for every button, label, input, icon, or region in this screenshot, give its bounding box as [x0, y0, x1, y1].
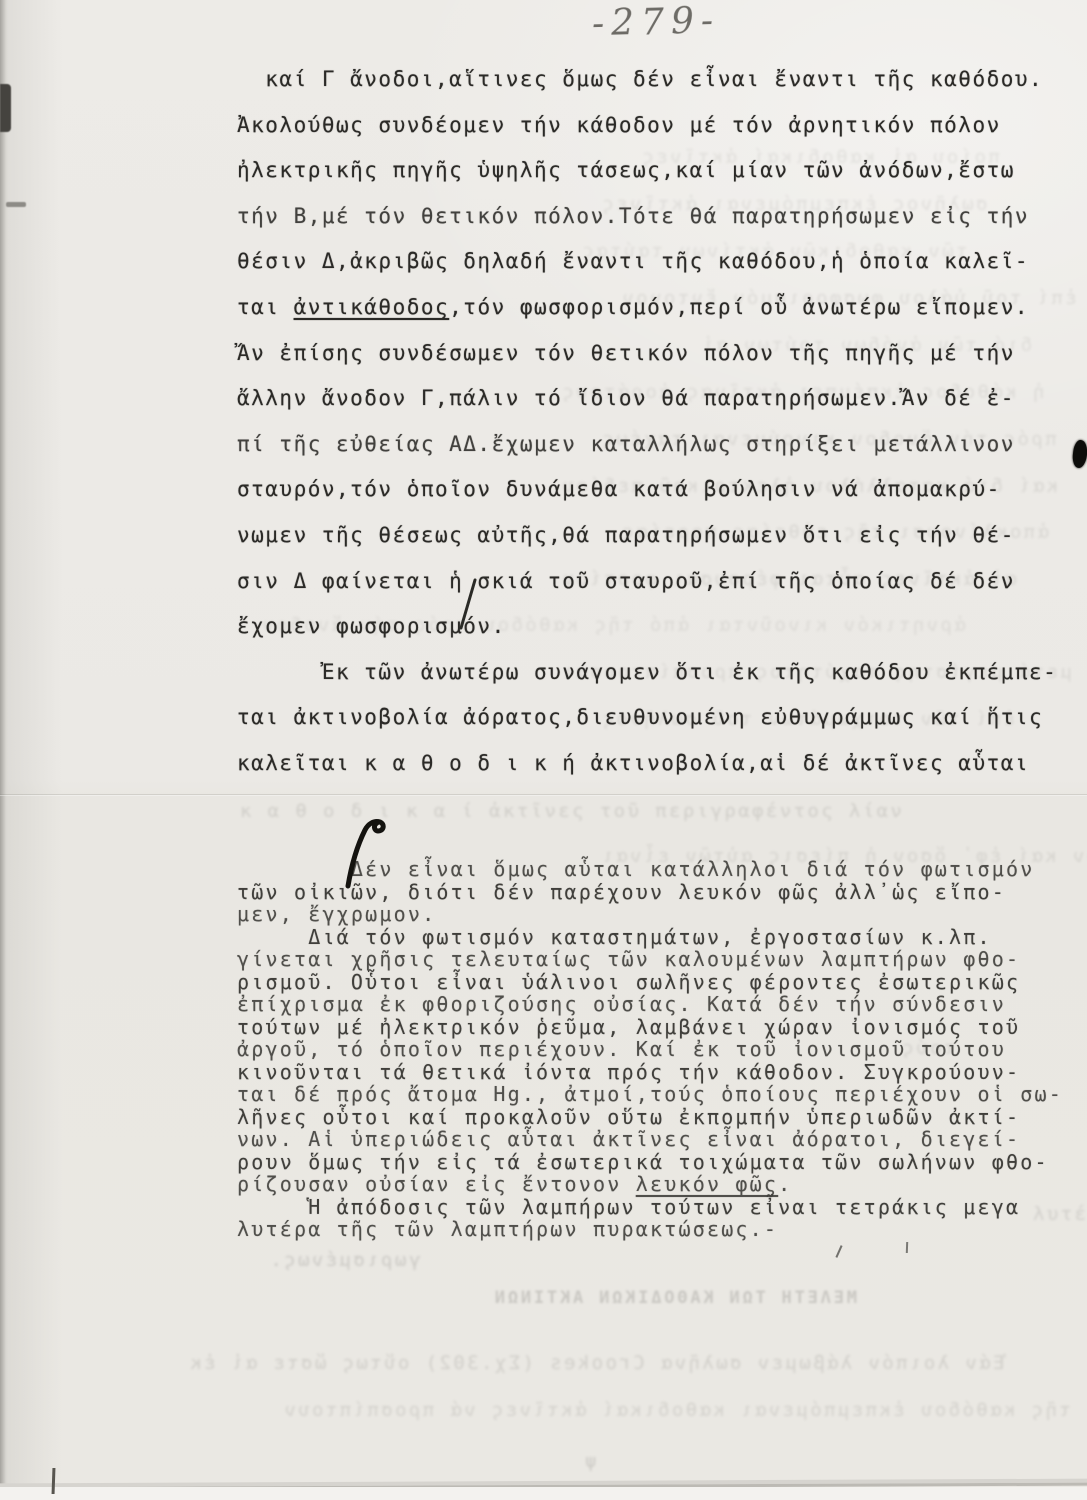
typed-text: Ἐκ τῶν ἀνωτέρω συνάγομεν ὅτι ἐκ τῆς καθό…	[237, 660, 1057, 684]
typed-text: νων. Αἱ ὑπεριώδεις αὗται ἀκτῖνες εἶναι ἀ…	[237, 1127, 1020, 1151]
handwritten-page-number: -279-	[591, 0, 720, 44]
typed-text: μεν, ἔγχρωμον.	[237, 902, 436, 926]
typed-line: σταυρόν,τόν ὁποῖον δυνάμεθα κατά βούλησι…	[237, 467, 1087, 513]
typed-line: ἀργοῦ, τό ὁποῖον περιέχουν. Καί ἐκ τοῦ ἰ…	[237, 1038, 1087, 1061]
typed-text-upper-block: καί Γ ἄνοδοι,αἵτινες ὅμως δέν εἶναι ἔναν…	[237, 57, 1087, 787]
typed-line: ρουν ὅμως τήν εἰς τά ἐσωτερικά τοιχώματα…	[237, 1151, 1087, 1174]
typed-line: ται ἀκτινοβολία ἀόρατος,διευθυνομένη εὐθ…	[237, 695, 1087, 741]
tiny-pen-tick	[835, 1245, 842, 1258]
typed-text: ρουν ὅμως τήν εἰς τά ἐσωτερικά τοιχώματα…	[237, 1150, 1049, 1174]
pen-slash-mark	[456, 578, 480, 638]
typed-line: νων. Αἱ ὑπεριώδεις αὗται ἀκτῖνες εἶναι ἀ…	[237, 1128, 1087, 1151]
typed-line: τούτων μέ ἠλεκτρικόν ῥεῦμα, λαμβάνει χώρ…	[237, 1016, 1087, 1039]
typed-text: Ἡ ἀπόδοσις τῶν λαμπήρων τούτων εἶναι τετ…	[237, 1195, 1020, 1219]
bleedthrough-line: ΜΕΛΕΤΗ ΤΩΝ ΚΑΘΟΔΙΚΩΝ ΑΚΤΙΝΩΝ	[492, 1288, 857, 1308]
typed-text: ρίζουσαν οὐσίαν εἰς ἔντονον	[237, 1172, 636, 1196]
typed-text: .	[778, 1172, 792, 1196]
typed-line: κινοῦνται τά θετικά ἰόντα πρός τήν κάθοδ…	[237, 1061, 1087, 1084]
typed-line: ρισμοῦ. Οὗτοι εἶναι ὑάλινοι σωλῆνες φέρο…	[237, 971, 1087, 994]
typed-line: καλεῖται κ α θ ο δ ι κ ή ἀκτινοβολία,αἱ …	[237, 741, 1087, 787]
typed-text: ,τόν φωσφορισμόν,περί οὗ ἀνωτέρω εἴπομεν…	[449, 295, 1029, 319]
scan-edge-left	[0, 0, 8, 1500]
typed-line: ται δέ πρός ἄτομα Hg., ἀτμοί,τούς ὁποίου…	[237, 1083, 1087, 1106]
typed-text-lower-block: Δέν εἶναι ὅμως αὗται κατάλληλοι διά τόν …	[237, 858, 1087, 1241]
typed-line: Ἐκ τῶν ἀνωτέρω συνάγομεν ὅτι ἐκ τῆς καθό…	[237, 650, 1087, 696]
typed-line: νωμεν τῆς θέσεως αὐτῆς,θά παρατηρήσωμεν …	[237, 513, 1087, 559]
typed-text: Διά τόν φωτισμόν καταστημάτων, ἐργοστασί…	[237, 925, 992, 949]
typed-text: γίνεται χρῆσις τελευταίως τῶν καλουμένων…	[237, 947, 1020, 971]
typed-text: θέσιν Δ,ἀκριβῶς δηλαδή ἔναντι τῆς καθόδο…	[237, 249, 1029, 273]
typed-line: Διά τόν φωτισμόν καταστημάτων, ἐργοστασί…	[237, 926, 1087, 949]
bleedthrough-line: ψ	[585, 1450, 599, 1472]
typed-text: ἄλλην ἄνοδον Γ,πάλιν τό ἴδιον θά παρατηρ…	[237, 386, 1015, 410]
typed-text: τούτων μέ ἠλεκτρικόν ῥεῦμα, λαμβάνει χώρ…	[237, 1015, 1020, 1039]
tiny-pen-tick	[906, 1242, 908, 1253]
typed-line: σιν Δ φαίνεται ἡ σκιά τοῦ σταυροῦ,ἐπί τῆ…	[237, 559, 1087, 605]
typed-line: ἠλεκτρικῆς πηγῆς ὑψηλῆς τάσεως,καί μίαν …	[237, 148, 1087, 194]
typed-text: ρισμοῦ. Οὗτοι εἶναι ὑάλινοι σωλῆνες φέρο…	[237, 970, 1020, 994]
typed-text: ἠλεκτρικῆς πηγῆς ὑψηλῆς τάσεως,καί μίαν …	[237, 158, 1015, 182]
typed-line: μεν, ἔγχρωμον.	[237, 903, 1087, 926]
typed-line: πί τῆς εὐθείας ΑΔ.ἔχωμεν καταλλήλως στηρ…	[237, 422, 1087, 468]
typed-text: καλεῖται κ α θ ο δ ι κ ή ἀκτινοβολία,αἱ …	[237, 751, 1029, 775]
typed-text: πί τῆς εὐθείας ΑΔ.ἔχωμεν καταλλήλως στηρ…	[237, 432, 1015, 456]
scan-background-strip	[0, 1487, 1087, 1500]
scan-edge-dark-blob	[0, 84, 11, 132]
typed-line: τήν Β,μέ τόν θετικόν πόλον.Τότε θά παρατ…	[237, 194, 1087, 240]
scanned-page: ποίου αἱ καθοδικαί ἀκτῖνεςσωλῆνος ἐκπεμπ…	[0, 0, 1087, 1500]
underlined-term: ἀντικάθοδος	[294, 295, 450, 319]
typed-line: θέσιν Δ,ἀκριβῶς δηλαδή ἔναντι τῆς καθόδο…	[237, 239, 1087, 285]
typed-text: νωμεν τῆς θέσεως αὐτῆς,θά παρατηρήσωμεν …	[237, 523, 1015, 547]
scan-edge-dash-mark	[6, 202, 26, 207]
typed-line: Ἡ ἀπόδοσις τῶν λαμπήρων τούτων εἶναι τετ…	[237, 1196, 1087, 1219]
typed-text: ται	[237, 295, 294, 319]
typed-text: σιν Δ φαίνεται ἡ σκιά τοῦ σταυροῦ,ἐπί τῆ…	[237, 569, 1015, 593]
typed-line: λῆνες οὗτοι καί προκαλοῦν οὕτω ἐκπομπήν …	[237, 1106, 1087, 1129]
typed-line: λυτέρα τῆς τῶν λαμπτήρων πυρακτώσεως.-	[237, 1218, 1087, 1241]
typed-line: ἄλλην ἄνοδον Γ,πάλιν τό ἴδιον θά παρατηρ…	[237, 376, 1087, 422]
typed-line: ἐπίχρισμα ἐκ φθοριζούσης οὐσίας. Κατά δέ…	[237, 993, 1087, 1016]
underlined-term: λευκόν φῶς	[636, 1172, 778, 1196]
typed-line: ρίζουσαν οὐσίαν εἰς ἔντονον λευκόν φῶς.	[237, 1173, 1087, 1196]
bleedthrough-line: Ἐάν λοιπόν λάβωμεν σωλῆνα Crookes (Σχ.30…	[188, 1352, 1005, 1374]
typed-line: ἔχομεν φωσφορισμόν.	[237, 604, 1087, 650]
typed-text: καί Γ ἄνοδοι,αἵτινες ὅμως δέν εἶναι ἔναν…	[237, 67, 1043, 91]
typed-line: γίνεται χρῆσις τελευταίως τῶν καλουμένων…	[237, 948, 1087, 971]
typed-text: τήν Β,μέ τόν θετικόν πόλον.Τότε θά παρατ…	[237, 204, 1029, 228]
typed-line: ται ἀντικάθοδος,τόν φωσφορισμόν,περί οὗ …	[237, 285, 1087, 331]
pen-check-icon	[338, 812, 394, 892]
pen-slash-icon	[456, 578, 480, 634]
typed-text: Ἄν ἐπίσης συνδέσωμεν τόν θετικόν πόλον τ…	[237, 341, 1015, 365]
bleedthrough-line: τῆς καθόδου ἐκπεμπόμεναι καθοδικαί ἀκτῖν…	[282, 1399, 1071, 1421]
pen-check-mark	[338, 812, 394, 896]
typed-text: ἀργοῦ, τό ὁποῖον περιέχουν. Καί ἐκ τοῦ ἰ…	[237, 1037, 1006, 1061]
typed-text: λυτέρα τῆς τῶν λαμπτήρων πυρακτώσεως.-	[237, 1217, 778, 1241]
typed-text: λῆνες οὗτοι καί προκαλοῦν οὕτω ἐκπομπήν …	[237, 1105, 1020, 1129]
typed-text: Ἀκολούθως συνδέομεν τήν κάθοδον μέ τόν ἀ…	[237, 113, 1001, 137]
typed-text: ται ἀκτινοβολία ἀόρατος,διευθυνομένη εὐθ…	[237, 705, 1043, 729]
typed-line: Ἀκολούθως συνδέομεν τήν κάθοδον μέ τόν ἀ…	[237, 103, 1087, 149]
typed-text: κινοῦνται τά θετικά ἰόντα πρός τήν κάθοδ…	[237, 1060, 1020, 1084]
typed-text: ἐπίχρισμα ἐκ φθοριζούσης οὐσίας. Κατά δέ…	[237, 992, 1006, 1016]
bleedthrough-line: γωρισμένως.	[268, 1249, 420, 1271]
typed-text: σταυρόν,τόν ὁποῖον δυνάμεθα κατά βούλησι…	[237, 477, 1001, 501]
typed-text: ται δέ πρός ἄτομα Hg., ἀτμοί,τούς ὁποίου…	[237, 1082, 1063, 1106]
typed-line: Ἄν ἐπίσης συνδέσωμεν τόν θετικόν πόλον τ…	[237, 331, 1087, 377]
paper-crease-line	[0, 794, 1087, 795]
typed-line: καί Γ ἄνοδοι,αἵτινες ὅμως δέν εἶναι ἔναν…	[237, 57, 1087, 103]
